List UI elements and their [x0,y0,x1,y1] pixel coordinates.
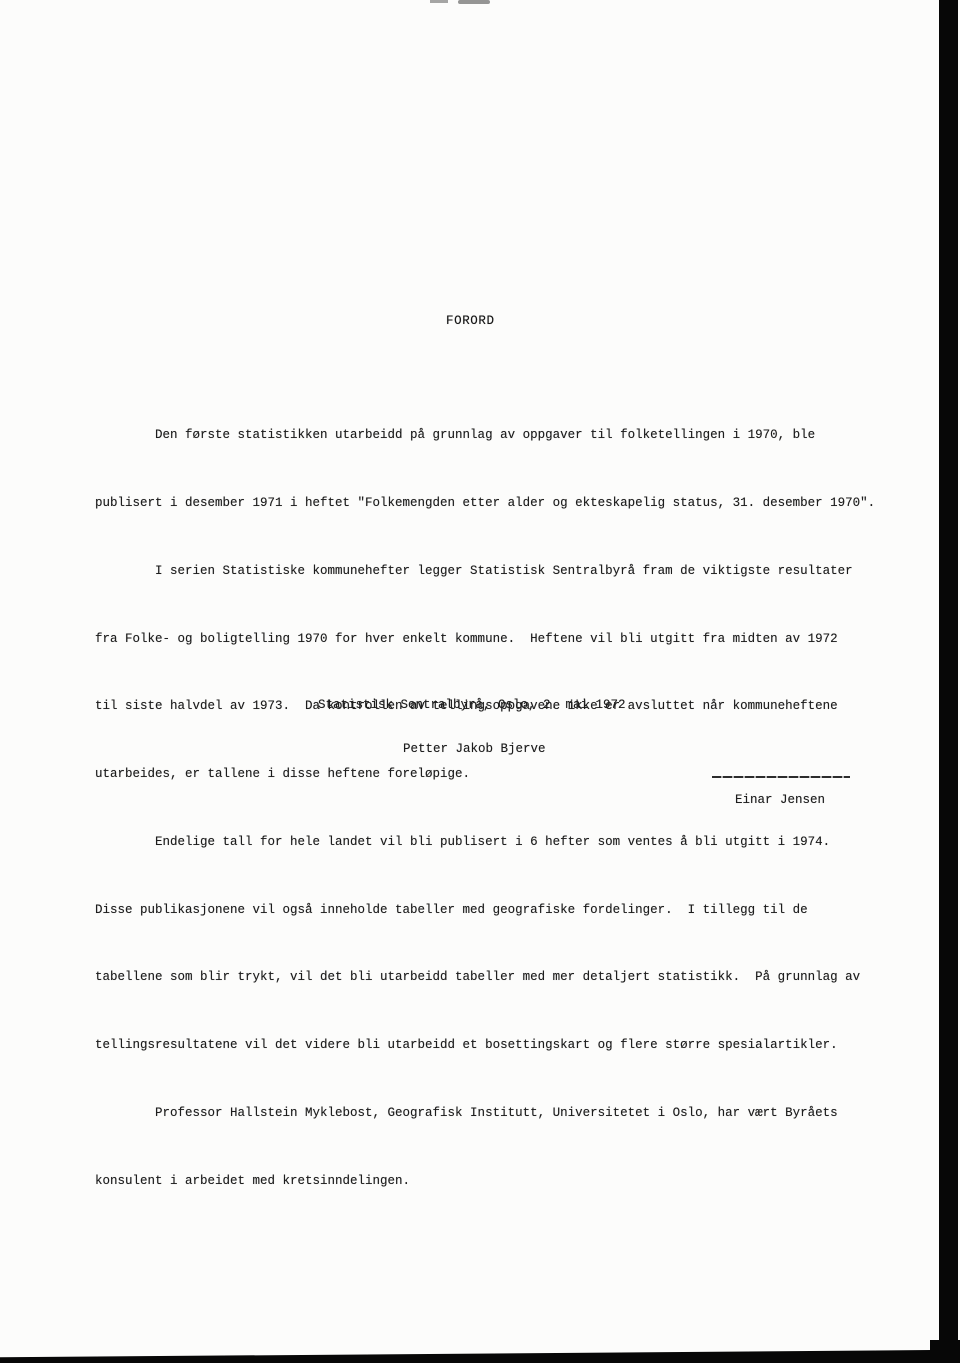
paragraph-line: utarbeides, er tallene i disse heftene f… [95,763,875,786]
page-title: FORORD [446,314,495,328]
scan-border-right [939,0,958,1363]
scanned-document-page: FORORD Den første statistikken utarbeidd… [0,0,960,1363]
paragraph-line: tellingsresultatene vil det videre bli u… [95,1034,875,1057]
signature-place-date: Statistisk Sentralbyrå, Oslo, 2. mai 197… [318,698,626,712]
scan-artifact-top-right-dash [458,0,490,4]
paragraph-line: konsulent i arbeidet med kretsinndelinge… [95,1170,875,1193]
document-body: Den første statistikken utarbeidd på gru… [95,379,875,1238]
paragraph-line: Professor Hallstein Myklebost, Geografis… [95,1102,875,1125]
scan-border-corner [930,1340,960,1363]
paragraph-line: Den første statistikken utarbeidd på gru… [95,424,875,447]
paragraph-line: I serien Statistiske kommunehefter legge… [95,560,875,583]
scan-artifact-top-left-dash [430,0,448,3]
signature-name-signer: Einar Jensen [735,793,825,807]
signature-name-director: Petter Jakob Bjerve [403,742,546,756]
paragraph-line: Endelige tall for hele landet vil bli pu… [95,831,875,854]
paragraph-line: fra Folke- og boligtelling 1970 for hver… [95,628,875,651]
paragraph-line: tabellene som blir trykt, vil det bli ut… [95,966,875,989]
signature-line [712,776,850,778]
paragraph-line: Disse publikasjonene vil også inneholde … [95,899,875,922]
scan-border-bottom [0,1348,960,1363]
paragraph-line: publisert i desember 1971 i heftet "Folk… [95,492,875,515]
